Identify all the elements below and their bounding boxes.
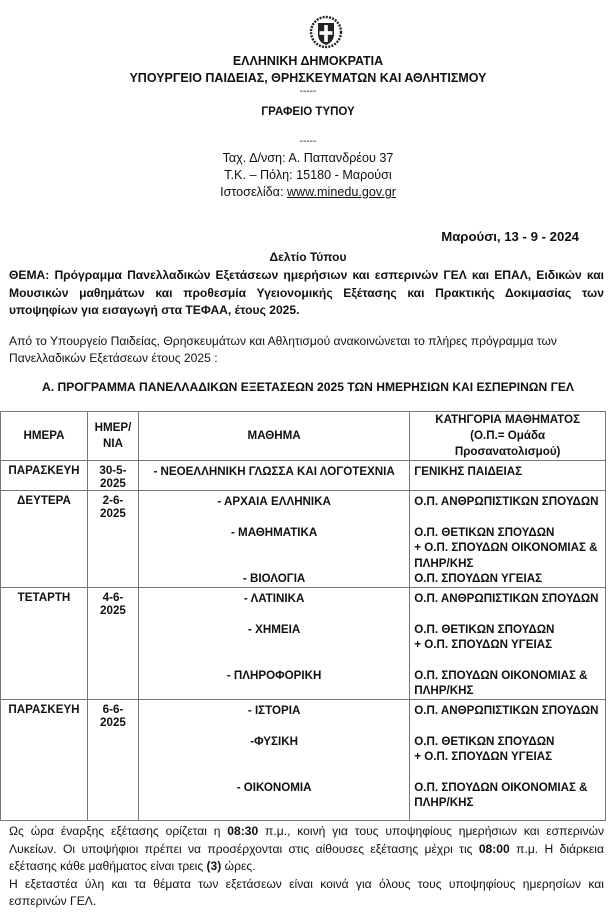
arrival-time: 08:00 — [479, 842, 510, 856]
category-line: Ο.Π. ΘΕΤΙΚΩΝ ΣΠΟΥΔΩΝ — [414, 734, 601, 750]
cell-categories: Ο.Π. ΑΝΘΡΩΠΙΣΤΙΚΩΝ ΣΠΟΥΔΩΝΟ.Π. ΘΕΤΙΚΩΝ Σ… — [410, 587, 606, 699]
cell-categories: ΓΕΝΙΚΗΣ ΠΑΙΔΕΙΑΣ — [410, 461, 606, 491]
ministry-title: ΥΠΟΥΡΓΕΙΟ ΠΑΙΔΕΙΑΣ, ΘΡΗΣΚΕΥΜΑΤΩΝ ΚΑΙ ΑΘΛ… — [0, 71, 616, 85]
category-line: Ο.Π. ΑΝΘΡΩΠΙΣΤΙΚΩΝ ΣΠΟΥΔΩΝ — [414, 703, 601, 719]
table-row: ΠΑΡΑΣΚΕΥΗ30-5-2025- ΝΕΟΕΛΛΗΝΙΚΗ ΓΛΩΣΣΑ Κ… — [1, 461, 606, 491]
header-date: ΗΜΕΡ/ΝΙΑ — [87, 412, 138, 461]
document-date: Μαρούσι, 13 - 9 - 2024 — [441, 229, 579, 244]
category-line: ΓΕΝΙΚΗΣ ΠΑΙΔΕΙΑΣ — [414, 464, 601, 480]
table-row: ΔΕΥΤΕΡΑ2-6-2025- ΑΡΧΑΙΑ ΕΛΛΗΝΙΚΑ- ΜΑΘΗΜΑ… — [1, 491, 606, 588]
cell-day: ΠΑΡΑΣΚΕΥΗ — [1, 699, 88, 820]
greek-coat-of-arms-icon — [309, 14, 343, 50]
syllabus-paragraph: Η εξεταστέα ύλη και τα θέματα των εξετάσ… — [9, 876, 604, 911]
subject-name: - ΧΗΜΕΙΑ — [143, 622, 405, 638]
website-link[interactable]: www.minedu.gov.gr — [287, 185, 396, 199]
cell-subjects: - ΑΡΧΑΙΑ ΕΛΛΗΝΙΚΑ- ΜΑΘΗΜΑΤΙΚΑ - ΒΙΟΛΟΓΙΑ — [138, 491, 409, 588]
table-row: ΠΑΡΑΣΚΕΥΗ6-6-2025- ΙΣΤΟΡΙΑ-ΦΥΣΙΚΗ - ΟΙΚΟ… — [1, 699, 606, 820]
category-line: Ο.Π. ΣΠΟΥΔΩΝ ΟΙΚΟΝΟΜΙΑΣ & — [414, 780, 601, 796]
cell-date: 6-6-2025 — [87, 699, 138, 820]
republic-title: ΕΛΛΗΝΙΚΗ ΔΗΜΟΚΡΑΤΙΑ — [0, 54, 616, 68]
subject-name: - ΠΛΗΡΟΦΟΡΙΚΗ — [143, 668, 405, 684]
cell-categories: Ο.Π. ΑΝΘΡΩΠΙΣΤΙΚΩΝ ΣΠΟΥΔΩΝΟ.Π. ΘΕΤΙΚΩΝ Σ… — [410, 699, 606, 820]
footer-notes: Ως ώρα έναρξης εξέτασης ορίζεται η 08:30… — [9, 823, 604, 911]
subject-name: - ΑΡΧΑΙΑ ΕΛΛΗΝΙΚΑ — [143, 494, 405, 510]
category-line: Ο.Π. ΘΕΤΙΚΩΝ ΣΠΟΥΔΩΝ — [414, 622, 601, 638]
cell-subjects: - ΝΕΟΕΛΛΗΝΙΚΗ ΓΛΩΣΣΑ ΚΑΙ ΛΟΓΟΤΕΧΝΙΑ — [138, 461, 409, 491]
subject-name: -ΦΥΣΙΚΗ — [143, 734, 405, 750]
category-line: Ο.Π. ΑΝΘΡΩΠΙΣΤΙΚΩΝ ΣΠΟΥΔΩΝ — [414, 591, 601, 607]
category-line: ΠΛΗΡ/ΚΗΣ — [414, 683, 601, 699]
header-subject: ΜΑΘΗΜΑ — [138, 412, 409, 461]
exam-schedule-table: ΗΜΕΡΑ ΗΜΕΡ/ΝΙΑ ΜΑΘΗΜΑ ΚΑΤΗΓΟΡΙΑ ΜΑΘΗΜΑΤΟ… — [0, 411, 606, 821]
cell-categories: Ο.Π. ΑΝΘΡΩΠΙΣΤΙΚΩΝ ΣΠΟΥΔΩΝΟ.Π. ΘΕΤΙΚΩΝ Σ… — [410, 491, 606, 588]
intro-paragraph: Από το Υπουργείο Παιδείας, Θρησκευμάτων … — [9, 333, 599, 367]
cell-day: ΠΑΡΑΣΚΕΥΗ — [1, 461, 88, 491]
cell-date: 2-6-2025 — [87, 491, 138, 588]
start-time: 08:30 — [227, 824, 258, 838]
press-office-title: ΓΡΑΦΕΙΟ ΤΥΠΟΥ — [0, 106, 616, 118]
category-line: ΠΛΗΡ/ΚΗΣ — [414, 795, 601, 811]
postal-address: Ταχ. Δ/νση: Α. Παπανδρέου 37 — [0, 151, 616, 165]
separator: ----- — [0, 136, 616, 147]
subject-name: - ΙΣΤΟΡΙΑ — [143, 703, 405, 719]
category-line: + Ο.Π. ΣΠΟΥΔΩΝ ΥΓΕΙΑΣ — [414, 637, 601, 653]
separator: ----- — [0, 86, 616, 97]
cell-date: 4-6-2025 — [87, 587, 138, 699]
subject-name: - ΛΑΤΙΝΙΚΑ — [143, 591, 405, 607]
category-line: Ο.Π. ΣΠΟΥΔΩΝ ΟΙΚΟΝΟΜΙΑΣ & — [414, 668, 601, 684]
subject-name: - ΒΙΟΛΟΓΙΑ — [143, 571, 405, 587]
duration-hours: (3) — [207, 859, 222, 873]
website-line: Ιστοσελίδα: www.minedu.gov.gr — [0, 185, 616, 199]
cell-day: ΔΕΥΤΕΡΑ — [1, 491, 88, 588]
subject-name: - ΜΑΘΗΜΑΤΙΚΑ — [143, 525, 405, 541]
subject-name: - ΝΕΟΕΛΛΗΝΙΚΗ ΓΛΩΣΣΑ ΚΑΙ ΛΟΓΟΤΕΧΝΙΑ — [143, 464, 405, 480]
header-category: ΚΑΤΗΓΟΡΙΑ ΜΑΘΗΜΑΤΟΣ (Ο.Π.= Ομάδα Προσανα… — [410, 412, 606, 461]
section-title: Α. ΠΡΟΓΡΑΜΜΑ ΠΑΝΕΛΛΑΔΙΚΩΝ ΕΞΕΤΑΣΕΩΝ 2025… — [0, 380, 616, 394]
category-line: Ο.Π. ΑΝΘΡΩΠΙΣΤΙΚΩΝ ΣΠΟΥΔΩΝ — [414, 494, 601, 510]
table-header-row: ΗΜΕΡΑ ΗΜΕΡ/ΝΙΑ ΜΑΘΗΜΑ ΚΑΤΗΓΟΡΙΑ ΜΑΘΗΜΑΤΟ… — [1, 412, 606, 461]
subject-name: - ΟΙΚΟΝΟΜΙΑ — [143, 780, 405, 796]
website-label: Ιστοσελίδα: — [220, 185, 287, 199]
header-day: ΗΜΕΡΑ — [1, 412, 88, 461]
table-row: ΤΕΤΑΡΤΗ4-6-2025- ΛΑΤΙΝΙΚΑ- ΧΗΜΕΙΑ - ΠΛΗΡ… — [1, 587, 606, 699]
cell-date: 30-5-2025 — [87, 461, 138, 491]
cell-subjects: - ΛΑΤΙΝΙΚΑ- ΧΗΜΕΙΑ - ΠΛΗΡΟΦΟΡΙΚΗ — [138, 587, 409, 699]
postal-code-city: Τ.Κ. – Πόλη: 15180 - Μαρούσι — [0, 168, 616, 182]
category-line: Ο.Π. ΣΠΟΥΔΩΝ ΥΓΕΙΑΣ — [414, 571, 601, 587]
cell-day: ΤΕΤΑΡΤΗ — [1, 587, 88, 699]
category-line: Ο.Π. ΘΕΤΙΚΩΝ ΣΠΟΥΔΩΝ — [414, 525, 601, 541]
category-line: ΠΛΗΡ/ΚΗΣ — [414, 556, 601, 572]
subject-paragraph: ΘΕΜΑ: Πρόγραμμα Πανελλαδικών Εξετάσεων η… — [9, 267, 604, 320]
cell-subjects: - ΙΣΤΟΡΙΑ-ΦΥΣΙΚΗ - ΟΙΚΟΝΟΜΙΑ — [138, 699, 409, 820]
category-line: + Ο.Π. ΣΠΟΥΔΩΝ ΥΓΕΙΑΣ — [414, 749, 601, 765]
category-line: + Ο.Π. ΣΠΟΥΔΩΝ ΟΙΚΟΝΟΜΙΑΣ & — [414, 540, 601, 556]
document-type: Δελτίο Τύπου — [0, 250, 616, 264]
exam-time-paragraph: Ως ώρα έναρξης εξέτασης ορίζεται η 08:30… — [9, 823, 604, 876]
